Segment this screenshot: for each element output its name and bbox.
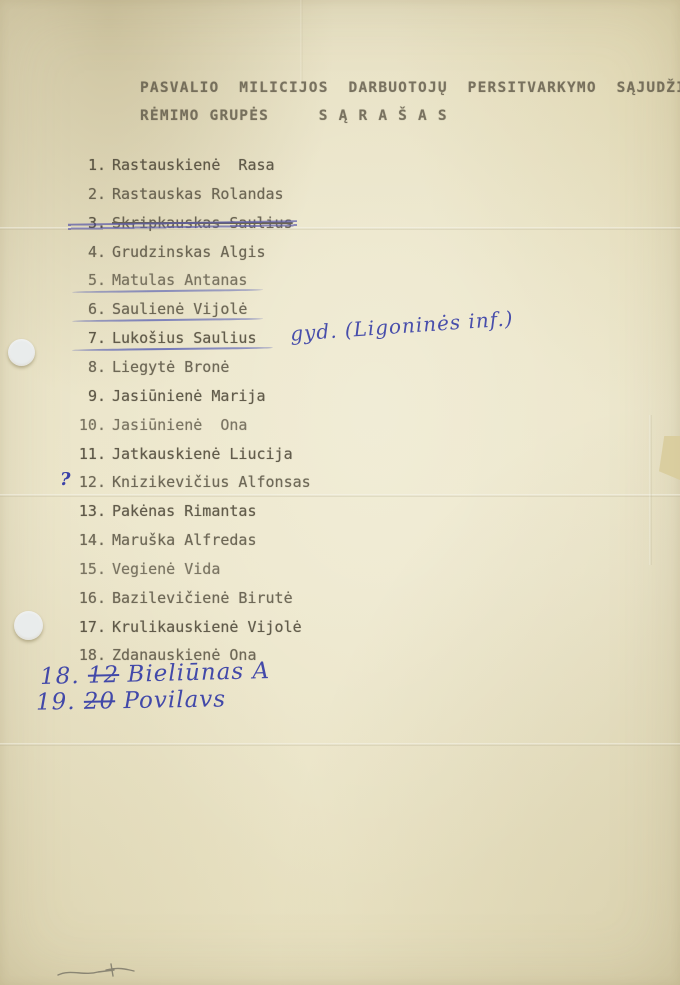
entry-number: 7. (70, 329, 106, 347)
entry-name: Liegytė Bronė (112, 358, 229, 376)
entry-name: Knizikevičius Alfonsas (112, 473, 311, 491)
list-item: 8.Liegytė Bronė (70, 357, 229, 379)
entry-name: Grudzinskas Algis (112, 243, 266, 261)
list-item: 16.Bazilevičienė Birutė (70, 588, 293, 610)
list-item: 15.Vegienė Vida (70, 559, 220, 581)
entry-number: 8. (70, 358, 106, 376)
entry-number: 1. (70, 156, 106, 174)
entry-number: 14. (70, 531, 106, 549)
entry-number: 6. (70, 300, 106, 318)
handwritten-entry-number: 18. (40, 663, 89, 690)
entry-name: Matulas Antanas (112, 271, 247, 289)
list-item: 6.Saulienė Vijolė (70, 299, 247, 321)
handwritten-question-mark: ? (60, 469, 71, 490)
entry-number: 11. (70, 445, 106, 463)
punch-hole (8, 339, 35, 366)
entry-name: Jasiūnienė Ona (112, 416, 247, 434)
list-item: 11.Jatkauskienė Liucija (70, 444, 293, 466)
entry-number: 18. (70, 646, 106, 664)
list-item: 2.Rastauskas Rolandas (70, 184, 284, 206)
entry-name: Rastauskienė Rasa (112, 156, 275, 174)
handwritten-struck-number: 12 (88, 662, 120, 689)
entry-name: Vegienė Vida (112, 560, 220, 578)
entry-name: Saulienė Vijolė (112, 300, 247, 318)
paper-crease (300, 0, 303, 85)
scanned-document-page: PASVALIO MILICIJOS DARBUOTOJŲ PERSITVARK… (0, 0, 680, 985)
list-item: 14.Maruška Alfredas (70, 530, 257, 552)
list-item: ?12.Knizikevičius Alfonsas (70, 472, 311, 494)
entry-number: 9. (70, 387, 106, 405)
handwritten-entry-18: 18. 12 Bieliūnas A (40, 658, 271, 690)
paper-crease (0, 494, 680, 497)
handwritten-entry-number: 19. (36, 689, 84, 716)
list-item: 17.Krulikauskienė Vijolė (70, 617, 302, 639)
list-item: 3.Skripkauskas Saulius (70, 213, 293, 235)
handwritten-struck-number: 20 (84, 688, 116, 715)
entry-number: 15. (70, 560, 106, 578)
document-title-line1: PASVALIO MILICIJOS DARBUOTOJŲ PERSITVARK… (140, 80, 680, 96)
list-item: 7.Lukošius Saulius (70, 328, 257, 350)
list-item: 9.Jasiūnienė Marija (70, 386, 266, 408)
list-item: 5.Matulas Antanas (70, 270, 247, 292)
paper-crease (0, 743, 680, 746)
paper-edge-tear (659, 436, 680, 480)
entry-number: 12. (70, 473, 106, 491)
pen-scribble (56, 962, 138, 980)
document-title-line2: RĖMIMO GRUPĖS S Ą R A Š A S (140, 108, 448, 124)
list-item: 4.Grudzinskas Algis (70, 242, 266, 264)
entry-name: Lukošius Saulius (112, 329, 257, 347)
entry-name: Jatkauskienė Liucija (112, 445, 293, 463)
entry-name: Maruška Alfredas (112, 531, 257, 549)
list-item: 1.Rastauskienė Rasa (70, 155, 275, 177)
list-item: 13.Pakėnas Rimantas (70, 501, 257, 523)
handwritten-note-entry7: gyd. (Ligoninės inf.) (289, 306, 514, 346)
entry-number: 4. (70, 243, 106, 261)
list-item: 10.Jasiūnienė Ona (70, 415, 247, 437)
entry-number: 13. (70, 502, 106, 520)
entry-name: Bazilevičienė Birutė (112, 589, 293, 607)
entry-name: Rastauskas Rolandas (112, 185, 284, 203)
entry-name: Krulikauskienė Vijolė (112, 618, 302, 636)
handwritten-entry-name: Povilavs (115, 686, 226, 714)
entry-name: Skripkauskas Saulius (112, 214, 293, 232)
entry-number: 10. (70, 416, 106, 434)
entry-number: 5. (70, 271, 106, 289)
punch-hole (14, 611, 43, 640)
handwritten-entry-name: Bieliūnas A (119, 658, 271, 688)
handwritten-entry-19: 19. 20 Povilavs (36, 686, 227, 715)
entry-name: Jasiūnienė Marija (112, 387, 266, 405)
entry-number: 2. (70, 185, 106, 203)
entry-number: 16. (70, 589, 106, 607)
entry-number: 17. (70, 618, 106, 636)
paper-crease (649, 415, 652, 565)
entry-name: Pakėnas Rimantas (112, 502, 257, 520)
